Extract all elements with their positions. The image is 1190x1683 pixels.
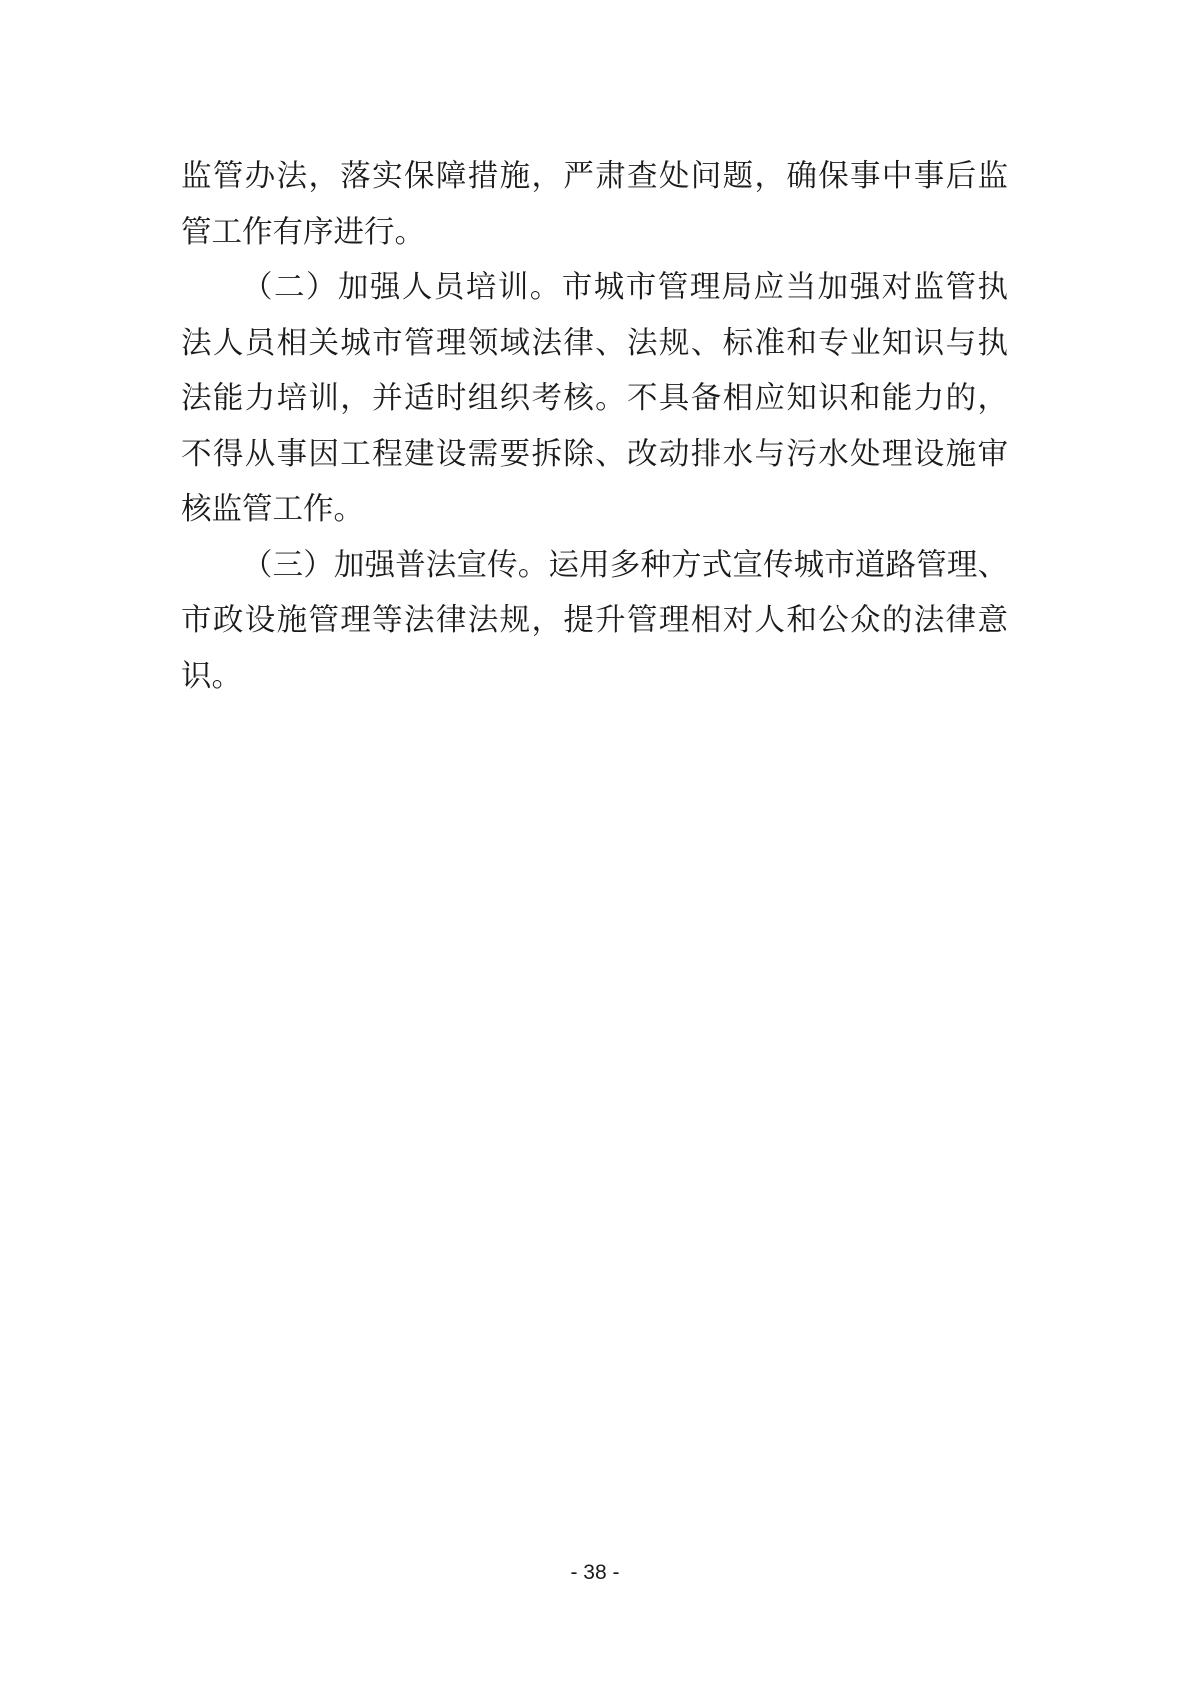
text-line: （二）加强人员培训。市城市管理局应当加强对监管执 — [181, 260, 1008, 316]
text-line: 监管办法，落实保障措施，严肃查处问题，确保事中事后监 — [181, 149, 1008, 205]
text-line: 法人员相关城市管理领域法律、法规、标准和专业知识与执 — [181, 316, 1008, 372]
page-number: - 38 - — [0, 1560, 1190, 1585]
text-line: 市政设施管理等法律法规，提升管理相对人和公众的法律意 — [181, 593, 1008, 649]
text-line: 管工作有序进行。 — [181, 205, 1008, 261]
text-line: （三）加强普法宣传。运用多种方式宣传城市道路管理、 — [181, 538, 1008, 594]
text-line: 识。 — [181, 649, 1008, 705]
text-line: 不得从事因工程建设需要拆除、改动排水与污水处理设施审 — [181, 427, 1008, 483]
document-body: 监管办法，落实保障措施，严肃查处问题，确保事中事后监 管工作有序进行。 （二）加… — [181, 149, 1008, 704]
document-page: 监管办法，落实保障措施，严肃查处问题，确保事中事后监 管工作有序进行。 （二）加… — [0, 0, 1190, 1683]
text-line: 法能力培训，并适时组织考核。不具备相应知识和能力的， — [181, 371, 1008, 427]
text-line: 核监管工作。 — [181, 482, 1008, 538]
